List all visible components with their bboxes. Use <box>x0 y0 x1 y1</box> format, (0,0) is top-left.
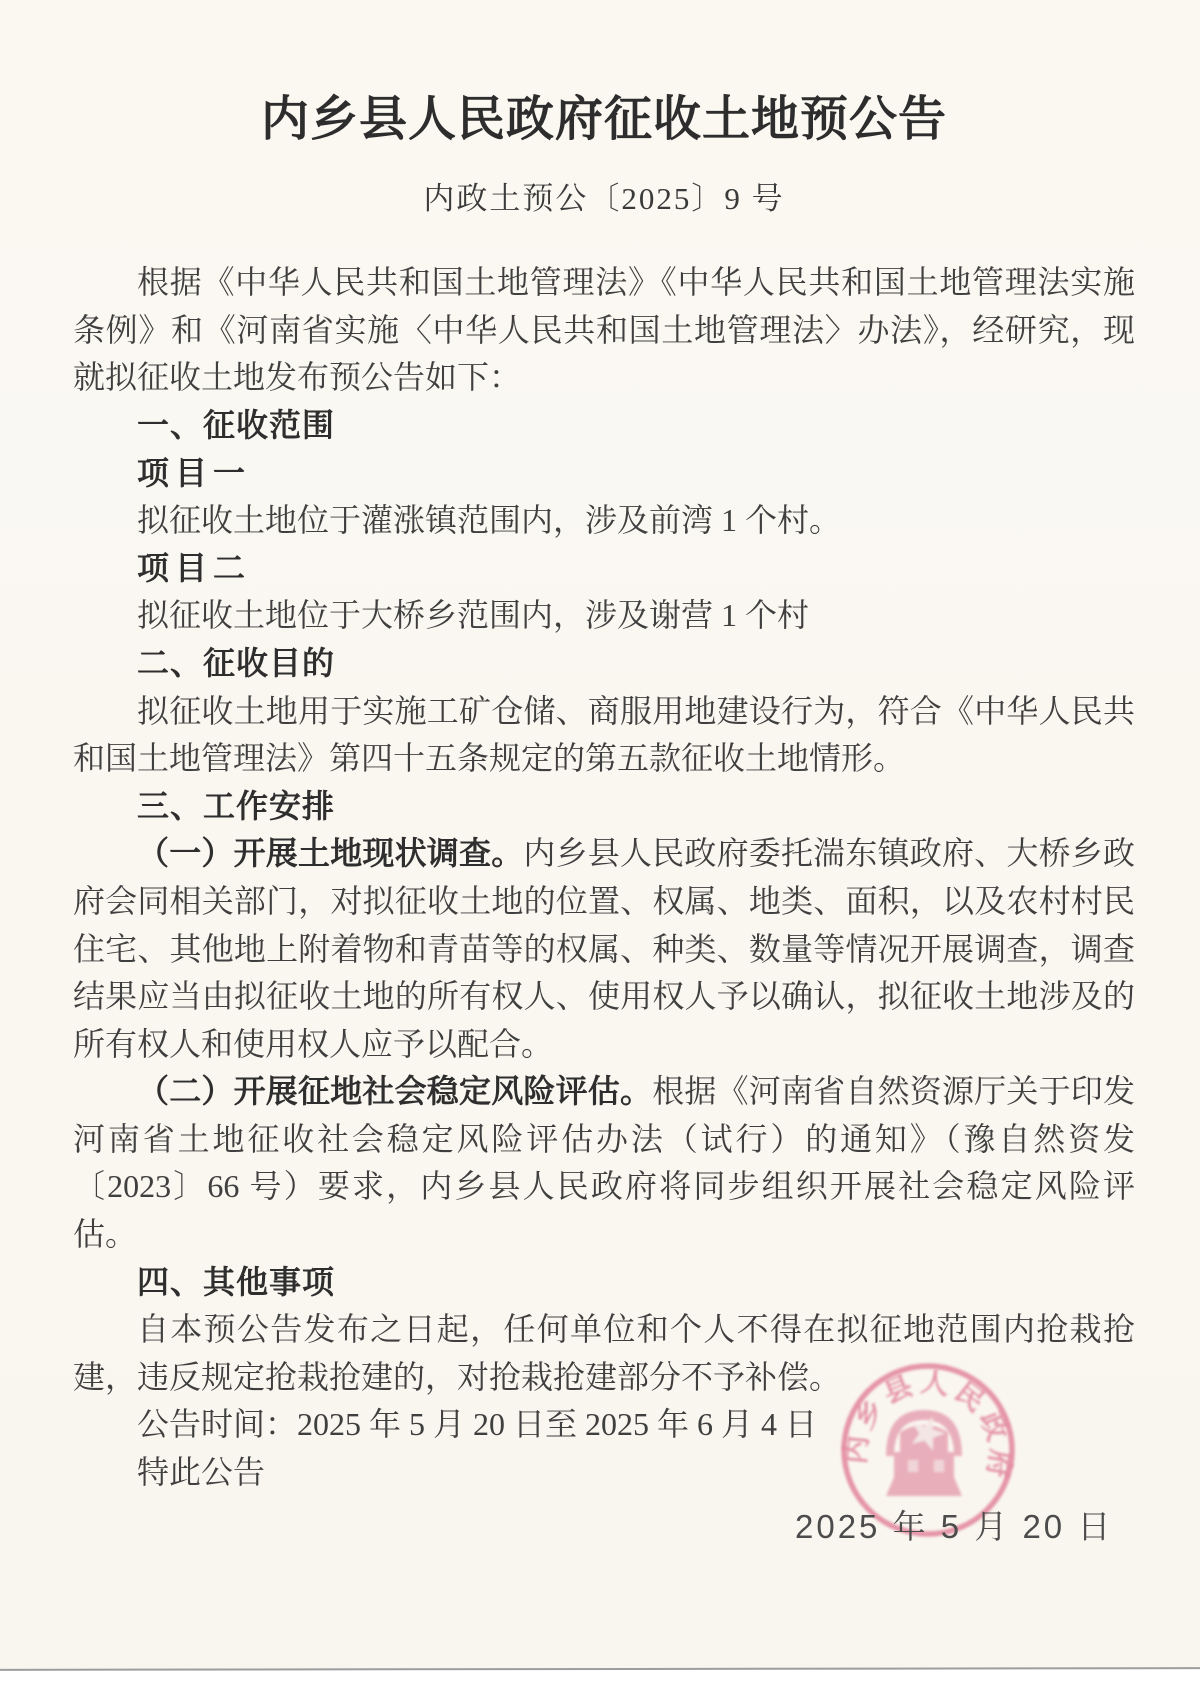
notice-time-line: 公告时间：2025 年 5 月 20 日至 2025 年 6 月 4 日 <box>73 1401 1135 1449</box>
signature-date: 2025 年 5 月 20 日 <box>795 1501 1113 1548</box>
project-1-label: 项目一 <box>73 450 1135 498</box>
scan-page-edge <box>0 1667 1200 1671</box>
section-4-text: 自本预公告发布之日起，任何单位和个人不得在拟征地范围内抢栽抢建，违反规定抢栽抢建… <box>73 1306 1135 1401</box>
section-1-heading: 一、征收范围 <box>73 402 1135 450</box>
intro-paragraph: 根据《中华人民共和国土地管理法》《中华人民共和国土地管理法实施条例》和《河南省实… <box>73 259 1135 402</box>
item-2-lead: （二）开展征地社会稳定风险评估。 <box>137 1073 652 1109</box>
document-content: 内乡县人民政府征收土地预公告 内政土预公〔2025〕9 号 根据《中华人民共和国… <box>73 0 1135 1497</box>
item-1-lead: （一）开展土地现状调查。 <box>137 835 523 871</box>
section-3-item-1: （一）开展土地现状调查。内乡县人民政府委托湍东镇政府、大桥乡政府会同相关部门，对… <box>73 830 1135 1068</box>
section-4-heading: 四、其他事项 <box>73 1259 1135 1307</box>
page-title: 内乡县人民政府征收土地预公告 <box>73 90 1135 150</box>
section-3-heading: 三、工作安排 <box>73 783 1135 831</box>
section-3-item-2: （二）开展征地社会稳定风险评估。根据《河南省自然资源厅关于印发河南省土地征收社会… <box>73 1068 1135 1258</box>
project-2-label: 项目二 <box>73 545 1135 593</box>
doc-number: 内政土预公〔2025〕9 号 <box>73 180 1135 217</box>
project-1-text: 拟征收土地位于灌涨镇范围内，涉及前湾 1 个村。 <box>73 497 1135 545</box>
document-body: 根据《中华人民共和国土地管理法》《中华人民共和国土地管理法实施条例》和《河南省实… <box>73 259 1135 1496</box>
project-2-text: 拟征收土地位于大桥乡范围内，涉及谢营 1 个村 <box>73 592 1135 640</box>
scanned-document-sheet: 内乡县人民政府征收土地预公告 内政土预公〔2025〕9 号 根据《中华人民共和国… <box>0 0 1200 1697</box>
section-2-text: 拟征收土地用于实施工矿仓储、商服用地建设行为，符合《中华人民共和国土地管理法》第… <box>73 688 1135 783</box>
section-2-heading: 二、征收目的 <box>73 640 1135 688</box>
closing-line: 特此公告 <box>73 1449 1135 1497</box>
